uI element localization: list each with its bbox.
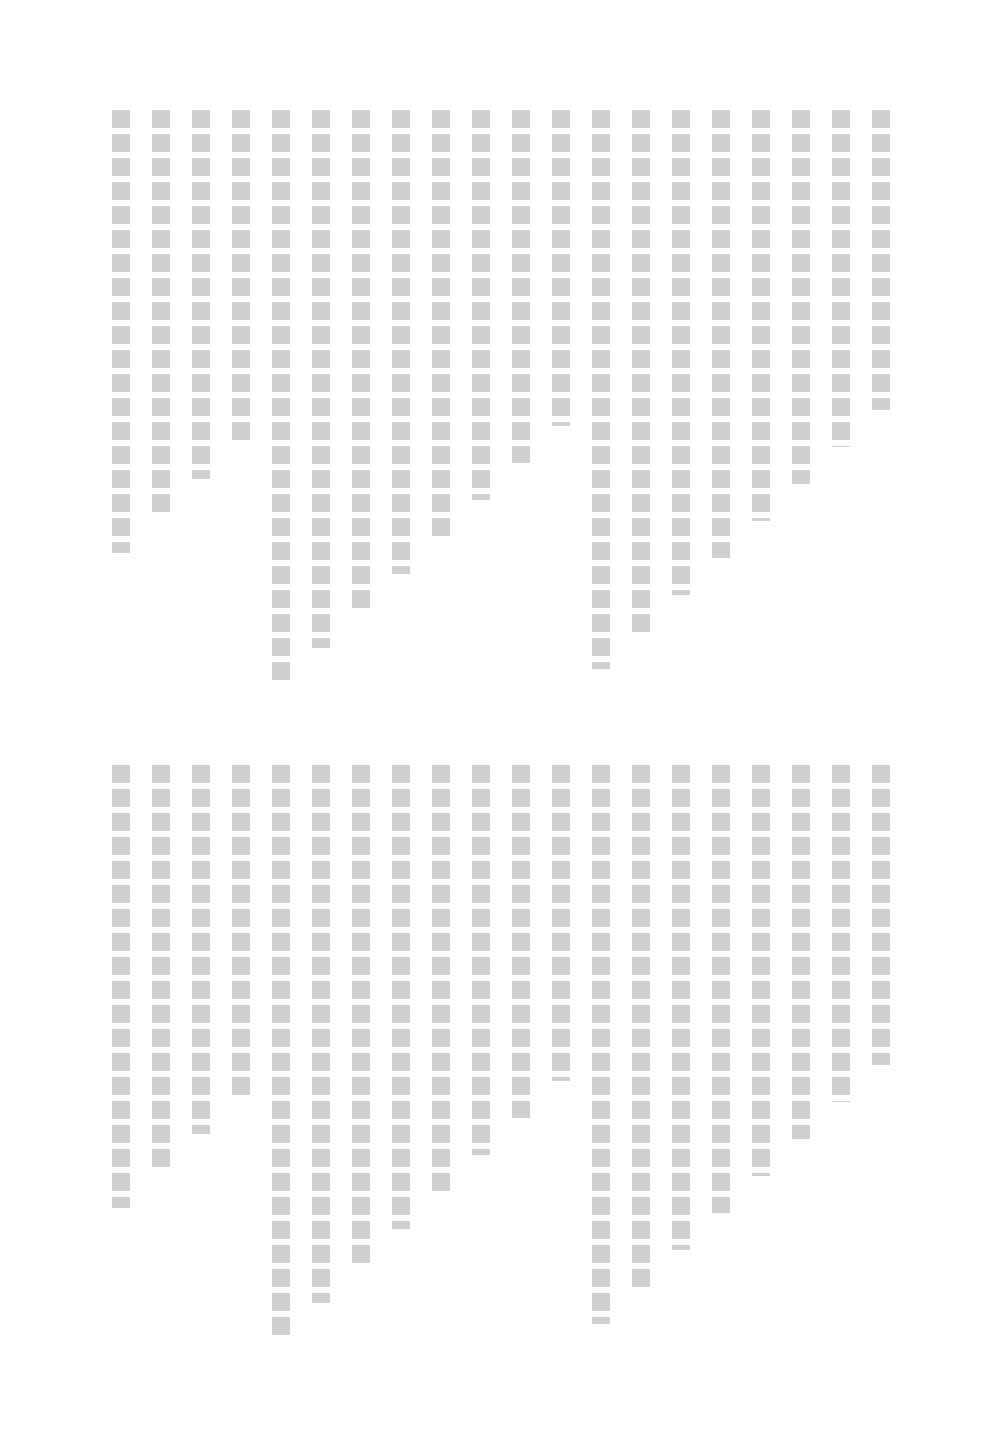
text-line-placeholder [792, 765, 810, 1139]
text-line-placeholder [712, 765, 730, 1213]
text-line-placeholder [192, 765, 210, 1134]
text-line-placeholder [472, 110, 490, 500]
text-line-placeholder [112, 110, 130, 553]
text-line-placeholder [872, 110, 890, 410]
text-line-placeholder [352, 765, 370, 1266]
text-line-placeholder [752, 765, 770, 1176]
text-line-placeholder [392, 110, 410, 574]
text-line-placeholder [272, 765, 290, 1340]
text-line-placeholder [112, 765, 130, 1208]
text-line-placeholder [752, 110, 770, 521]
text-line-placeholder [552, 110, 570, 426]
text-line-placeholder [232, 765, 250, 1097]
top-text-block [90, 110, 890, 700]
text-line-placeholder [432, 110, 450, 537]
text-line-placeholder [832, 765, 850, 1102]
text-line-placeholder [152, 765, 170, 1171]
text-line-placeholder [392, 765, 410, 1229]
text-line-placeholder [472, 765, 490, 1155]
text-line-placeholder [312, 110, 330, 648]
text-line-placeholder [672, 765, 690, 1250]
text-line-placeholder [712, 110, 730, 558]
text-line-placeholder [592, 765, 610, 1324]
text-line-placeholder [352, 110, 370, 611]
text-line-placeholder [232, 110, 250, 442]
bottom-text-block [90, 765, 890, 1355]
text-line-placeholder [512, 765, 530, 1118]
text-line-placeholder [632, 765, 650, 1287]
text-line-placeholder [872, 765, 890, 1065]
text-line-placeholder [432, 765, 450, 1192]
text-line-placeholder [152, 110, 170, 516]
text-line-placeholder [192, 110, 210, 479]
text-line-placeholder [312, 765, 330, 1303]
text-line-placeholder [512, 110, 530, 463]
text-line-placeholder [792, 110, 810, 484]
text-line-placeholder [272, 110, 290, 685]
text-line-placeholder [632, 110, 650, 632]
text-line-placeholder [832, 110, 850, 447]
text-line-placeholder [592, 110, 610, 669]
text-line-placeholder [552, 765, 570, 1081]
text-line-placeholder [672, 110, 690, 595]
